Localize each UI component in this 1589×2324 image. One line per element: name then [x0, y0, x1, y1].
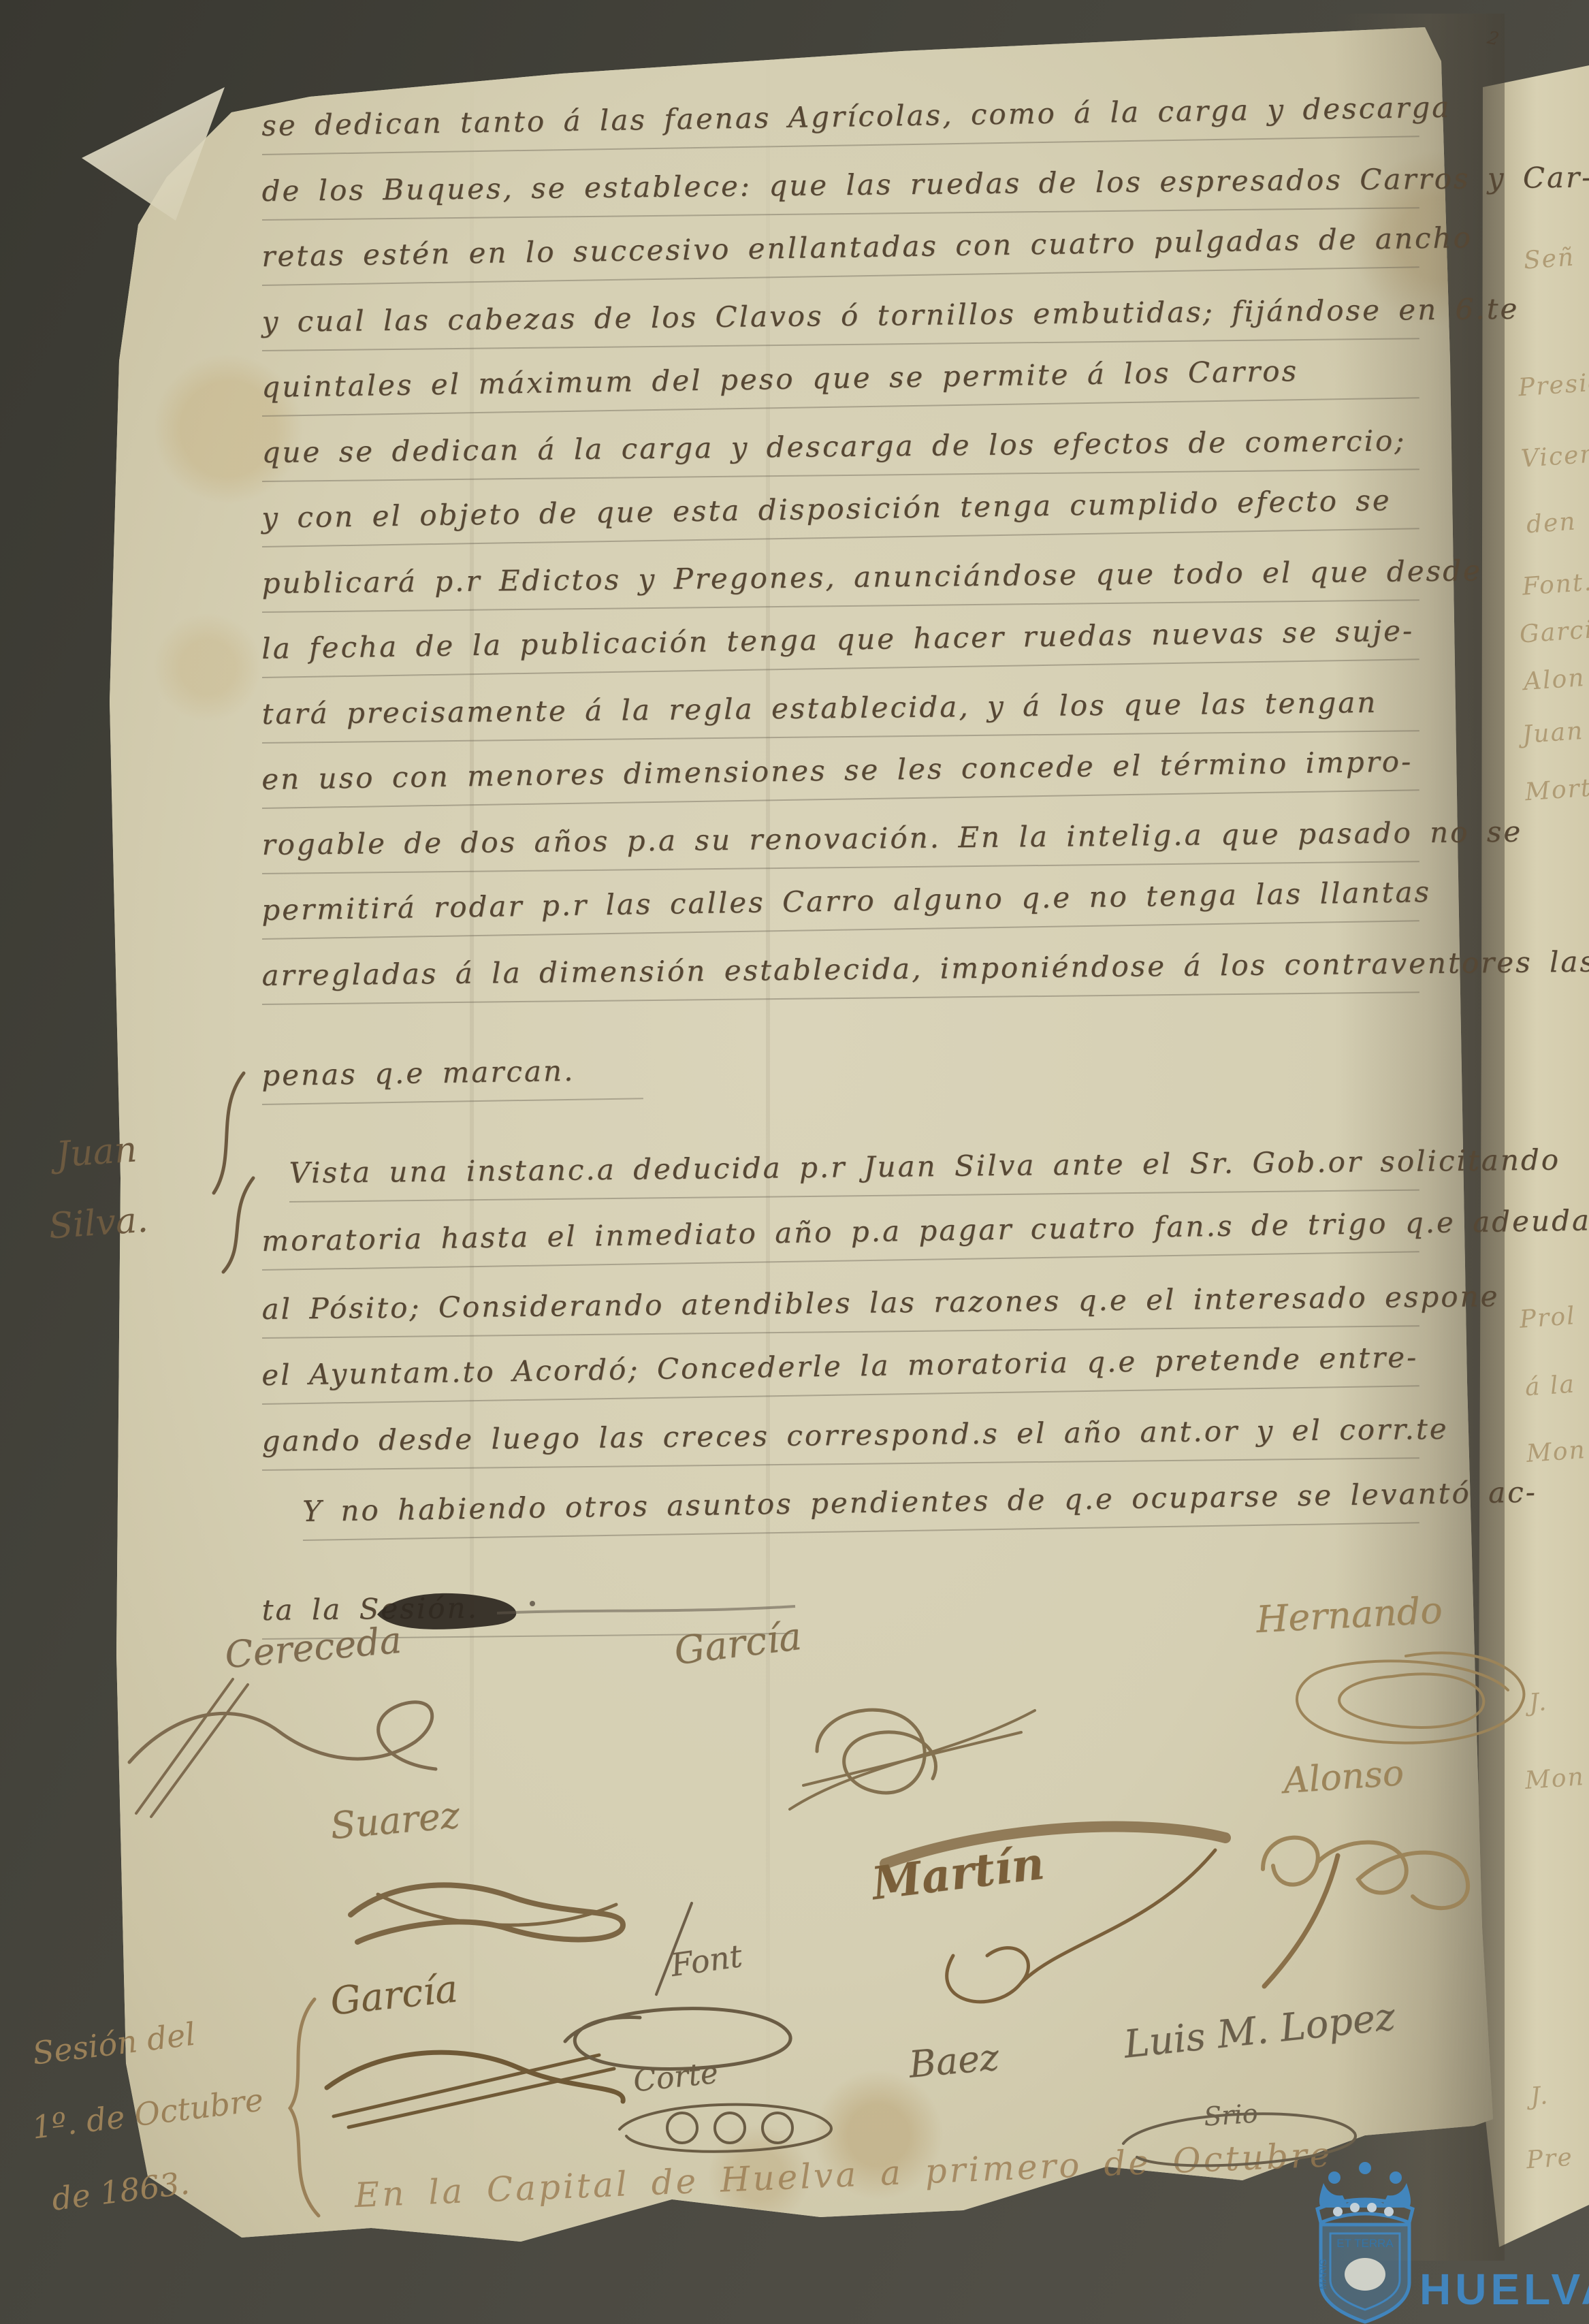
archive-watermark: ET TERRA MARIS HUELVA: [1280, 2160, 1589, 2324]
signature-name: Suarez: [329, 1794, 462, 1847]
signature-suarez: Suarez: [330, 1799, 460, 1842]
adjacent-page-text-fragment: Vicen: [1520, 440, 1589, 473]
watermark-shield-icon: ET TERRA MARIS: [1317, 2225, 1409, 2322]
watermark-shield-motto: MARIS: [1317, 2259, 1328, 2289]
signature-baez: Baez: [909, 2039, 999, 2082]
adjacent-page-text-fragment: á la: [1524, 1370, 1577, 1401]
adjacent-page-text-fragment: J.: [1530, 2082, 1550, 2111]
signature-rubric-flourish: [1270, 1629, 1542, 1758]
adjacent-page-text-fragment: Juan: [1522, 717, 1585, 749]
margin-note-line: Silva.: [46, 1185, 150, 1262]
signature-alonso: Alonso: [1283, 1757, 1404, 1798]
signature-hernando: Hernando: [1256, 1593, 1443, 1636]
signature-cereceda: Cereceda: [225, 1626, 402, 1669]
watermark-org-name: HUELVA: [1419, 2265, 1589, 2314]
signature-name: Baez: [908, 2035, 1001, 2086]
signature-rubric-flourish: [337, 1867, 637, 1962]
signature-garcia-2: García: [330, 1973, 458, 2018]
adjacent-page-text-fragment: Presid: [1518, 368, 1589, 402]
adjacent-page-text-fragment: Mon: [1526, 1436, 1587, 1468]
adjacent-page-text-fragment: Font.: [1522, 568, 1589, 601]
signature-garcia-1: García: [674, 1622, 802, 1666]
signature-corte: Corte: [633, 2060, 718, 2095]
margin-note-line: Juan: [54, 1114, 146, 1191]
adjacent-page-text-fragment: Alon: [1523, 664, 1586, 696]
margin-note-petitioner: Juan Silva.: [54, 1114, 150, 1261]
signature-rubric-flourish: [1236, 1815, 1515, 1992]
manuscript-scan: SeñPresidVicendenFont.GarciAlonJuanMortP…: [0, 0, 1589, 2324]
signature-rubric-flourish: [606, 2088, 844, 2167]
margin-note-session-date: Sesión del 1º. de Octubre de 1863.: [19, 1990, 277, 2237]
margin-note-bracket: [185, 1068, 267, 1279]
watermark-shield-motto: ET TERRA: [1336, 2237, 1394, 2250]
manuscript-line: penas q.e marcan.: [261, 1046, 643, 1105]
watermark-crown-icon: [1317, 2162, 1413, 2223]
signature-name: Alonso: [1282, 1753, 1405, 1802]
signature-font: Font: [671, 1942, 742, 1979]
adjacent-page-text-fragment: den: [1526, 507, 1577, 539]
signature-martin: Martín: [871, 1847, 1044, 1900]
adjacent-page-text-fragment: Señ: [1523, 243, 1576, 274]
adjacent-page-text-fragment: Garci: [1519, 616, 1589, 649]
signature-rubric-flourish: [776, 1670, 1048, 1826]
signature-rubric-flourish: [116, 1667, 456, 1817]
signature-lopez: Luis M. Lopez Srio: [1123, 2009, 1396, 2125]
signature-rubric-flourish: [647, 1898, 701, 2000]
signature-name: García: [328, 1967, 460, 2024]
signature-name: García: [672, 1614, 804, 1674]
adjacent-page-text-fragment: Prol: [1519, 1302, 1577, 1334]
signature-rubric-flourish: [858, 1809, 1239, 2020]
page-number-mark: 2: [1486, 28, 1500, 50]
adjacent-page-text-fragment: Mort: [1524, 774, 1589, 807]
adjacent-page-text-fragment: Mon: [1524, 1763, 1586, 1795]
